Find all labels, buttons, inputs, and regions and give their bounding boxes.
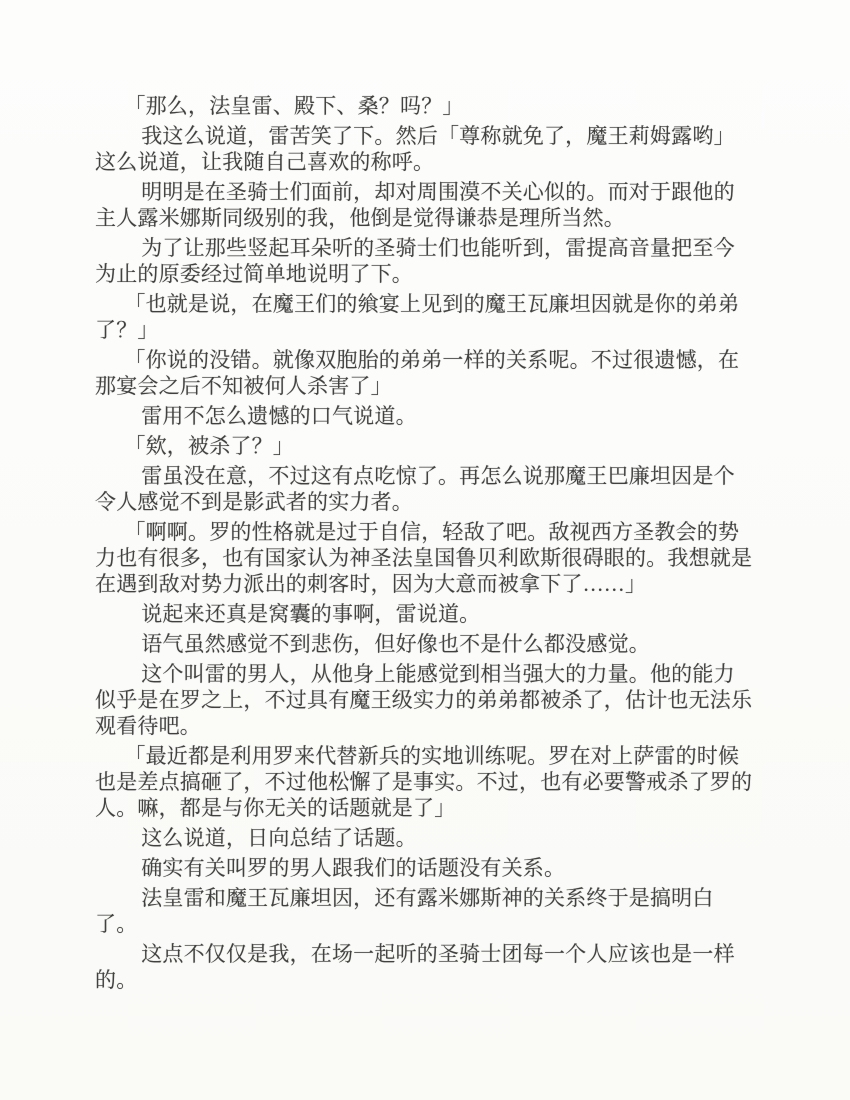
text-line: 力也有很多，也有国家认为神圣法皇国鲁贝利欧斯很碍眼的。我想就是 xyxy=(95,545,767,571)
text-line: 确实有关叫罗的男人跟我们的话题没有关系。 xyxy=(95,855,767,881)
text-line: 说起来还真是窝囊的事啊，雷说道。 xyxy=(95,601,767,627)
text-line: 明明是在圣骑士们面前，却对周围漠不关心似的。而对于跟他的 xyxy=(95,179,767,205)
text-line: 「你说的没错。就像双胞胎的弟弟一样的关系呢。不过很遗憾，在 xyxy=(95,347,767,373)
text-line: 我这么说道，雷苦笑了下。然后「尊称就免了，魔王莉姆露哟」 xyxy=(95,123,767,149)
text-line: 雷用不怎么遗憾的口气说道。 xyxy=(95,403,767,429)
text-line: 「也就是说，在魔王们的飨宴上见到的魔王瓦廉坦因就是你的弟弟 xyxy=(95,291,767,317)
paragraph: 「也就是说，在魔王们的飨宴上见到的魔王瓦廉坦因就是你的弟弟了？」 xyxy=(95,291,767,343)
paragraph: 「最近都是利用罗来代替新兵的实地训练呢。罗在对上萨雷的时候也是差点搞砸了，不过他… xyxy=(95,743,767,821)
text-line: 令人感觉不到是影武者的实力者。 xyxy=(95,489,767,515)
paragraph: 明明是在圣骑士们面前，却对周围漠不关心似的。而对于跟他的主人露米娜斯同级别的我，… xyxy=(95,179,767,231)
text-line: 那宴会之后不知被何人杀害了」 xyxy=(95,373,767,399)
paragraph: 「啊啊。罗的性格就是过于自信，轻敌了吧。敌视西方圣教会的势力也有很多，也有国家认… xyxy=(95,519,767,597)
paragraph: 法皇雷和魔王瓦廉坦因，还有露米娜斯神的关系终于是搞明白了。 xyxy=(95,885,767,937)
paragraph: 「你说的没错。就像双胞胎的弟弟一样的关系呢。不过很遗憾，在那宴会之后不知被何人杀… xyxy=(95,347,767,399)
text-line: 主人露米娜斯同级别的我，他倒是觉得谦恭是理所当然。 xyxy=(95,205,767,231)
paragraph: 雷用不怎么遗憾的口气说道。 xyxy=(95,403,767,429)
paragraph: 我这么说道，雷苦笑了下。然后「尊称就免了，魔王莉姆露哟」这么说道，让我随自己喜欢… xyxy=(95,123,767,175)
text-line: 的。 xyxy=(95,967,767,993)
text-line: 在遇到敌对势力派出的刺客时，因为大意而被拿下了……」 xyxy=(95,571,767,597)
text-line: 这么说道，让我随自己喜欢的称呼。 xyxy=(95,149,767,175)
text-line: 雷虽没在意，不过这有点吃惊了。再怎么说那魔王巴廉坦因是个 xyxy=(95,463,767,489)
text-line: 「啊啊。罗的性格就是过于自信，轻敌了吧。敌视西方圣教会的势 xyxy=(95,519,767,545)
text-line: 为了让那些竖起耳朵听的圣骑士们也能听到，雷提高音量把至今 xyxy=(95,235,767,261)
text-line: 「最近都是利用罗来代替新兵的实地训练呢。罗在对上萨雷的时候 xyxy=(95,743,767,769)
text-line: 了。 xyxy=(95,911,767,937)
text-line: 似乎是在罗之上，不过具有魔王级实力的弟弟都被杀了，估计也无法乐 xyxy=(95,687,767,713)
text-line: 这个叫雷的男人，从他身上能感觉到相当强大的力量。他的能力 xyxy=(95,661,767,687)
text-line: 法皇雷和魔王瓦廉坦因，还有露米娜斯神的关系终于是搞明白 xyxy=(95,885,767,911)
text-line: 语气虽然感觉不到悲伤，但好像也不是什么都没感觉。 xyxy=(95,631,767,657)
paragraph: 为了让那些竖起耳朵听的圣骑士们也能听到，雷提高音量把至今为止的原委经过简单地说明… xyxy=(95,235,767,287)
text-line: 人。嘛，都是与你无关的话题就是了」 xyxy=(95,795,767,821)
text-line: 这么说道，日向总结了话题。 xyxy=(95,825,767,851)
paragraph: 确实有关叫罗的男人跟我们的话题没有关系。 xyxy=(95,855,767,881)
scanned-book-page: 「那么，法皇雷、殿下、桑？吗？」我这么说道，雷苦笑了下。然后「尊称就免了，魔王莉… xyxy=(0,0,850,1100)
text-line: 为止的原委经过简单地说明了下。 xyxy=(95,261,767,287)
paragraph: 这个叫雷的男人，从他身上能感觉到相当强大的力量。他的能力似乎是在罗之上，不过具有… xyxy=(95,661,767,739)
text-line: 观看待吧。 xyxy=(95,713,767,739)
paragraph: 「欸，被杀了？」 xyxy=(95,433,767,459)
text-line: 也是差点搞砸了，不过他松懈了是事实。不过，也有必要警戒杀了罗的 xyxy=(95,769,767,795)
paragraph: 这么说道，日向总结了话题。 xyxy=(95,825,767,851)
paragraph: 这点不仅仅是我，在场一起听的圣骑士团每一个人应该也是一样的。 xyxy=(95,941,767,993)
paragraph: 雷虽没在意，不过这有点吃惊了。再怎么说那魔王巴廉坦因是个令人感觉不到是影武者的实… xyxy=(95,463,767,515)
paragraph: 语气虽然感觉不到悲伤，但好像也不是什么都没感觉。 xyxy=(95,631,767,657)
page-text: 「那么，法皇雷、殿下、桑？吗？」我这么说道，雷苦笑了下。然后「尊称就免了，魔王莉… xyxy=(95,93,767,997)
text-line: 这点不仅仅是我，在场一起听的圣骑士团每一个人应该也是一样 xyxy=(95,941,767,967)
text-line: 了？」 xyxy=(95,317,767,343)
paragraph: 说起来还真是窝囊的事啊，雷说道。 xyxy=(95,601,767,627)
paragraph: 「那么，法皇雷、殿下、桑？吗？」 xyxy=(95,93,767,119)
text-line: 「欸，被杀了？」 xyxy=(95,433,767,459)
text-line: 「那么，法皇雷、殿下、桑？吗？」 xyxy=(95,93,767,119)
